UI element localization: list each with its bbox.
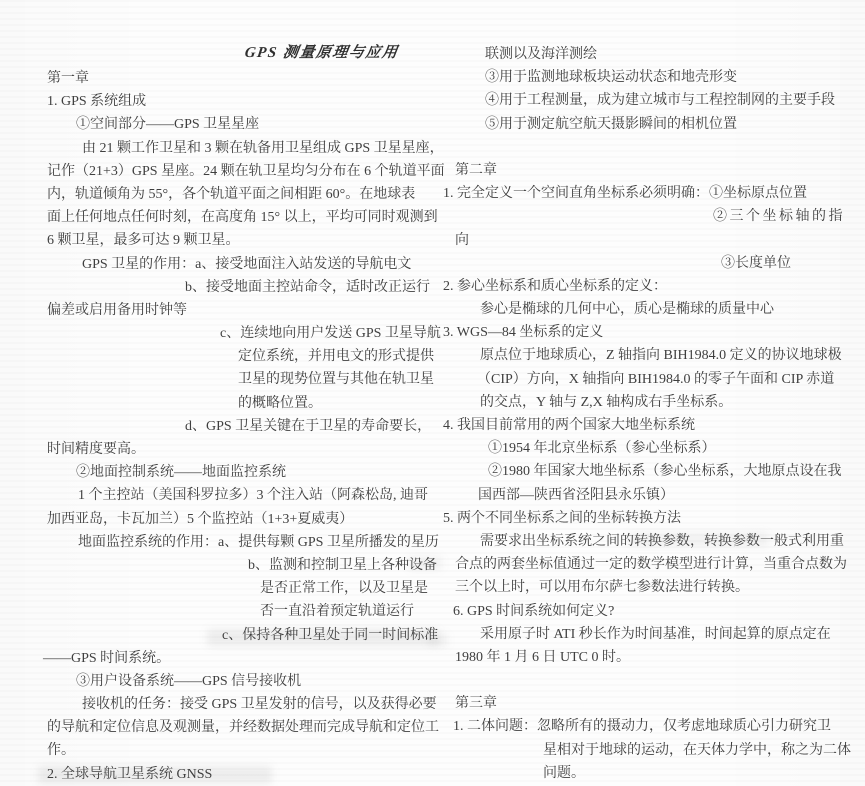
text-line: 第二章	[443, 159, 863, 182]
text-line: 的交点，Y 轴与 Z,X 轴构成右手坐标系。	[443, 391, 863, 414]
document-title: GPS 测量原理与应用	[244, 41, 401, 62]
text-line: 国西部—陕西省泾阳县永乐镇）	[443, 484, 863, 507]
text-line: 合点的两套坐标值通过一定的数学模型进行计算，当重合点数为	[443, 553, 863, 576]
text-line: 接收机的任务：接受 GPS 卫星发射的信号，以及获得必要	[47, 693, 447, 716]
text-line: 第三章	[443, 692, 863, 715]
text-line: ③用于监测地球板块运动状态和地壳形变	[443, 66, 863, 89]
text-line: ⑤用于测定航空航天摄影瞬间的相机位置	[443, 113, 863, 136]
text-line: 问题。	[443, 762, 863, 785]
text-line: 是否正常工作，以及卫星是	[47, 577, 447, 600]
text-line: 的导航和定位信息及观测量，并经数据处理而完成导航和定位工	[47, 716, 447, 739]
text-line: ①空间部分——GPS 卫星星座	[47, 113, 447, 136]
text-line: 3. WGS—84 坐标系的定义	[443, 321, 863, 344]
text-line: ②地面控制系统——地面监控系统	[47, 461, 447, 484]
text-line: b、监测和控制卫星上各种设备	[47, 554, 447, 577]
text-line: 记作（21+3）GPS 星座。24 颗在轨卫星均匀分布在 6 个轨道平面	[47, 160, 447, 183]
text-line: 1980 年 1 月 6 日 UTC 0 时。	[443, 646, 863, 669]
text-line: 由 21 颗工作卫星和 3 颗在轨备用卫星组成 GPS 卫星星座，	[47, 137, 447, 160]
text-line: 加西亚岛，卡瓦加兰）5 个监控站（1+3+夏威夷）	[47, 508, 447, 531]
text-line: 1. 完全定义一个空间直角坐标系必须明确：①坐标原点位置	[443, 182, 863, 205]
text-line: 地面监控系统的作用：a、提供每颗 GPS 卫星所播发的星历	[47, 531, 447, 554]
text-line: 星相对于地球的运动，在天体力学中，称之为二体	[443, 739, 863, 762]
text-line: c、连续地向用户发送 GPS 卫星导航	[47, 322, 447, 345]
text-line: 面上任何地点任何时刻，在高度角 15° 以上，平均可同时观测到	[47, 206, 447, 229]
text-line: ③长度单位	[443, 252, 863, 275]
text-line: 作。	[47, 739, 447, 762]
text-line: 参心是椭球的几何中心，质心是椭球的质量中心	[443, 298, 863, 321]
document-page: GPS 测量原理与应用 第一章1. GPS 系统组成①空间部分——GPS 卫星星…	[0, 0, 865, 786]
text-line: 原点位于地球质心，Z 轴指向 BIH1984.0 定义的协议地球极	[443, 344, 863, 367]
right-column: 联测以及海洋测绘③用于监测地球板块运动状态和地壳形变④用于工程测量，成为建立城市…	[443, 43, 863, 785]
text-line: 2. 全球导航卫星系统 GNSS	[47, 763, 447, 786]
text-line: （CIP）方向，X 轴指向 BIH1984.0 的零子午面和 CIP 赤道	[443, 368, 863, 391]
text-line: 6 颗卫星，最多可达 9 颗卫星。	[47, 229, 447, 252]
text-line: 第一章	[47, 67, 447, 90]
text-line: 需要求出坐标系统之间的转换参数，转换参数一般式利用重	[443, 530, 863, 553]
text-line: ②1980 年国家大地坐标系（参心坐标系，大地原点设在我	[443, 460, 863, 483]
text-line: 6. GPS 时间系统如何定义?	[443, 600, 863, 623]
text-line: 否一直沿着预定轨道运行	[47, 600, 447, 623]
text-line: 卫星的现势位置与其他在轨卫星	[47, 368, 447, 391]
text-line: ③用户设备系统——GPS 信号接收机	[47, 670, 447, 693]
text-line: 向	[443, 229, 863, 252]
text-line: 1. GPS 系统组成	[47, 90, 447, 113]
text-line: c、保持各种卫星处于同一时间标准	[47, 624, 447, 647]
text-line	[443, 136, 863, 159]
text-line: 内，轨道倾角为 55°，各个轨道平面之间相距 60°。在地球表	[47, 183, 447, 206]
text-line: 的概略位置。	[47, 392, 447, 415]
text-line: GPS 卫星的作用：a、接受地面注入站发送的导航电文	[47, 253, 447, 276]
text-line: 定位系统，并用电文的形式提供	[47, 345, 447, 368]
text-line: 联测以及海洋测绘	[443, 43, 863, 66]
text-line: 三个以上时，可以用布尔萨七参数法进行转换。	[443, 576, 863, 599]
text-line: 4. 我国目前常用的两个国家大地坐标系统	[443, 414, 863, 437]
text-line: ②三个坐标轴的指	[443, 205, 863, 228]
text-line: 采用原子时 ATI 秒长作为时间基准，时间起算的原点定在	[443, 623, 863, 646]
text-line: 偏差或启用备用时钟等	[47, 299, 447, 322]
text-line: ——GPS 时间系统。	[47, 647, 447, 670]
text-line: ④用于工程测量，成为建立城市与工程控制网的主要手段	[443, 89, 863, 112]
text-line	[443, 669, 863, 692]
text-line: ①1954 年北京坐标系（参心坐标系）	[443, 437, 863, 460]
text-line: 2. 参心坐标系和质心坐标系的定义：	[443, 275, 863, 298]
text-line: 1 个主控站（美国科罗拉多）3 个注入站（阿森松岛, 迪哥	[47, 484, 447, 507]
left-column: 第一章1. GPS 系统组成①空间部分——GPS 卫星星座由 21 颗工作卫星和…	[47, 67, 447, 786]
text-line: d、GPS 卫星关键在于卫星的寿命要长，	[47, 415, 447, 438]
text-line: b、接受地面主控站命令，适时改正运行	[47, 276, 447, 299]
text-line: 时间精度要高。	[47, 438, 447, 461]
text-line: 1. 二体问题：忽略所有的摄动力，仅考虑地球质心引力研究卫	[443, 715, 863, 738]
text-line: 5. 两个不同坐标系之间的坐标转换方法	[443, 507, 863, 530]
